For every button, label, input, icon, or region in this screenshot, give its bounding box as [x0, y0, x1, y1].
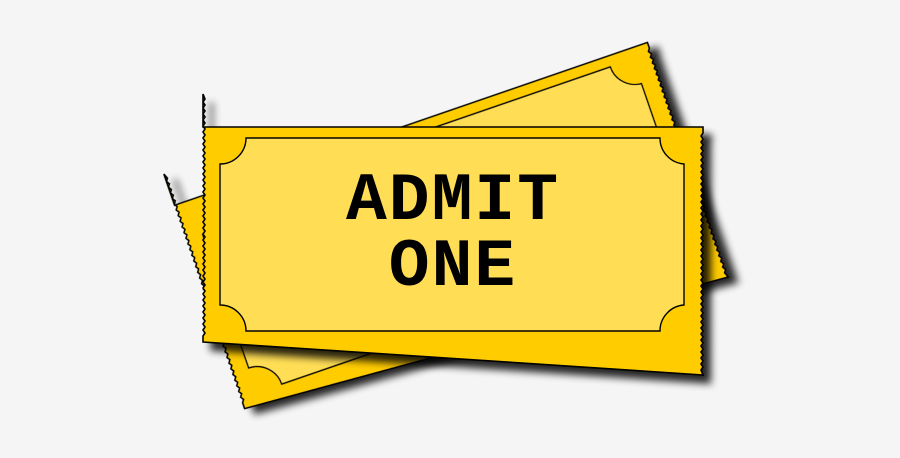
front-ticket [203, 94, 703, 375]
tickets-illustration: ADMIT ONE [0, 0, 900, 458]
tickets-svg [0, 0, 900, 458]
